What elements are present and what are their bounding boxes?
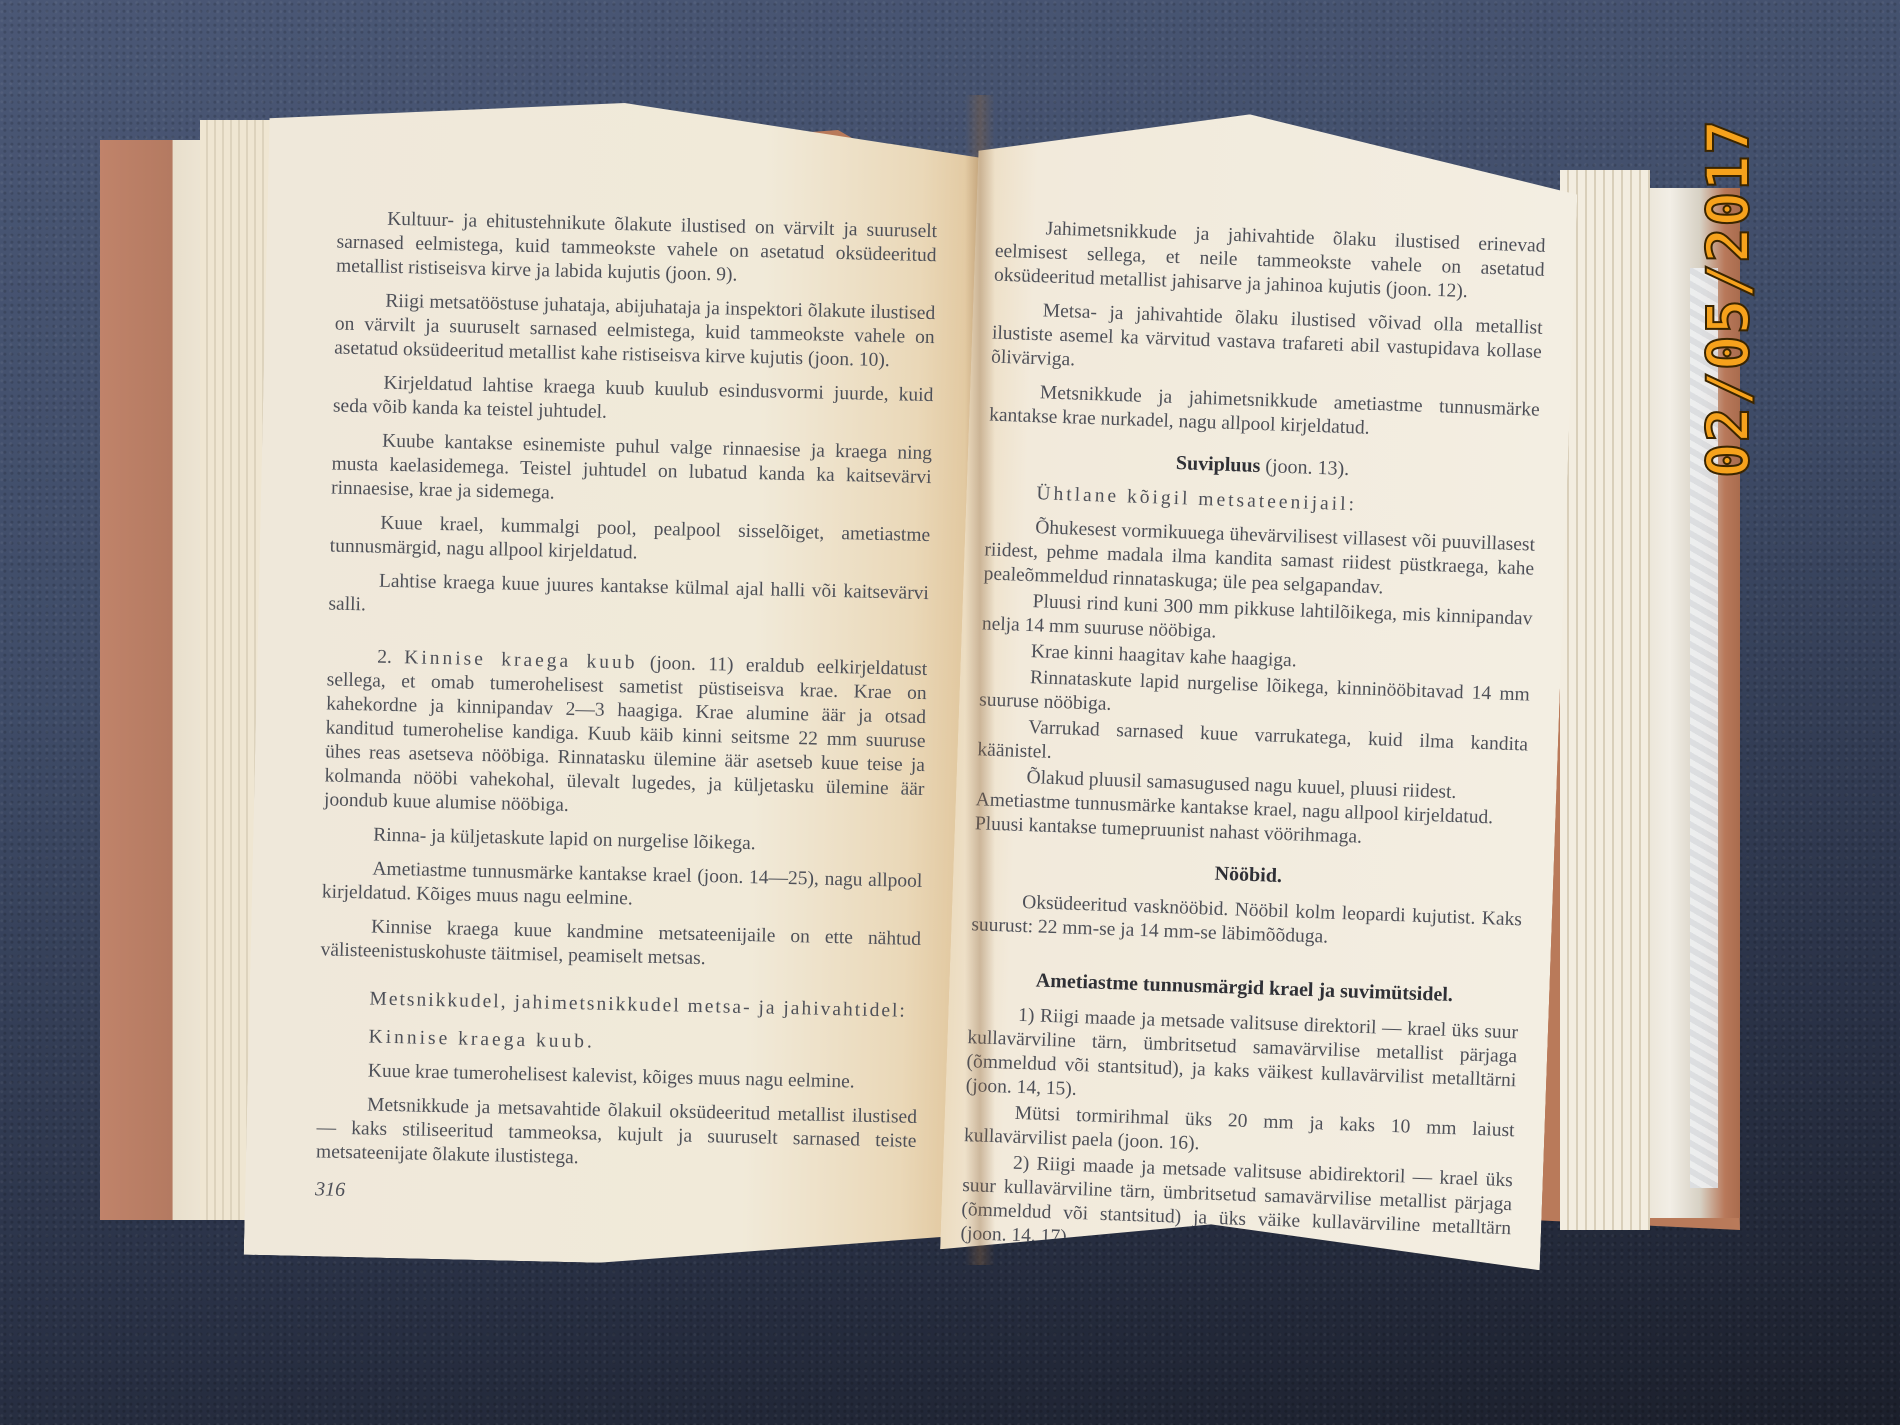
paragraph: Kirjeldatud lahtise kraega kuub kuulub e… — [333, 371, 934, 433]
heading-noobid: Nööbid. — [973, 854, 1523, 896]
right-page: Jahimetsnikkude ja jahivahtide õlaku ilu… — [940, 105, 1580, 1270]
paragraph: Rinna- ja küljetaskute lapid on nurgelis… — [323, 822, 923, 860]
paragraph: Ametiastme tunnusmärke kantakse krael (j… — [322, 856, 923, 918]
left-page: Kultuur- ja ehitustehnikute õlakute ilus… — [244, 95, 980, 1271]
section-title: Kinnise kraega kuub — [404, 647, 638, 673]
date-stamp-overlay: 02/05/2017 — [1694, 119, 1762, 478]
heading-suvipluus: Suvipluus (joon. 13). — [987, 445, 1537, 487]
paragraph: Metsa- ja jahivahtide õlaku ilustised võ… — [991, 298, 1543, 389]
paragraph: Kultuur- ja ehitustehnikute õlakute ilus… — [336, 207, 937, 293]
section-body: (joon. 11) eraldub eelkirjeldatust selle… — [324, 653, 928, 816]
page-number-left: 316 — [315, 1178, 915, 1215]
paragraph: Kinnise kraega kuue kandmine metsateenij… — [320, 914, 921, 976]
spaced-heading: Metsnikkudel, jahimetsnikkudel metsa- ja… — [319, 986, 919, 1024]
heading-text: Suvipluus — [1176, 452, 1261, 477]
paragraph: Riigi metsatööstuse juhataja, abijuhataj… — [334, 289, 935, 375]
spaced-subheading: Kinnise kraega kuub. — [318, 1024, 918, 1062]
right-page-stack — [1560, 170, 1650, 1230]
paragraph: Kuue krael, kummalgi pool, pealpool siss… — [330, 510, 931, 572]
paragraph: 1) Riigi maade ja metsade valitsuse dire… — [965, 1002, 1518, 1117]
paragraph: Kuube kantakse esinemiste puhul valge ri… — [331, 429, 932, 515]
heading-ref: (joon. 13). — [1265, 455, 1350, 480]
heading-ametiastme: Ametiastme tunnusmärgid krael ja suvimüt… — [969, 967, 1519, 1009]
paragraph: Oksüdeeritud vasknööbid. Nööbil kolm leo… — [971, 889, 1522, 956]
paragraph: Jahimetsnikkude ja jahivahtide õlaku ilu… — [994, 216, 1546, 307]
paragraph: Metsnikkude ja metsavahtide õlakuil oksü… — [316, 1092, 917, 1178]
paragraph: Kuue krae tumerohelisest kalevist, kõige… — [318, 1058, 918, 1096]
paragraph: Lahtise kraega kuue juures kantakse külm… — [328, 568, 929, 630]
section-2-paragraph: 2. Kinnise kraega kuub (joon. 11) eraldu… — [324, 644, 928, 826]
paragraph: Metsnikkude ja jahimetsnikkude ametiastm… — [989, 380, 1540, 447]
section-number: 2. — [377, 647, 392, 668]
book-gutter-shadow — [965, 95, 995, 1265]
